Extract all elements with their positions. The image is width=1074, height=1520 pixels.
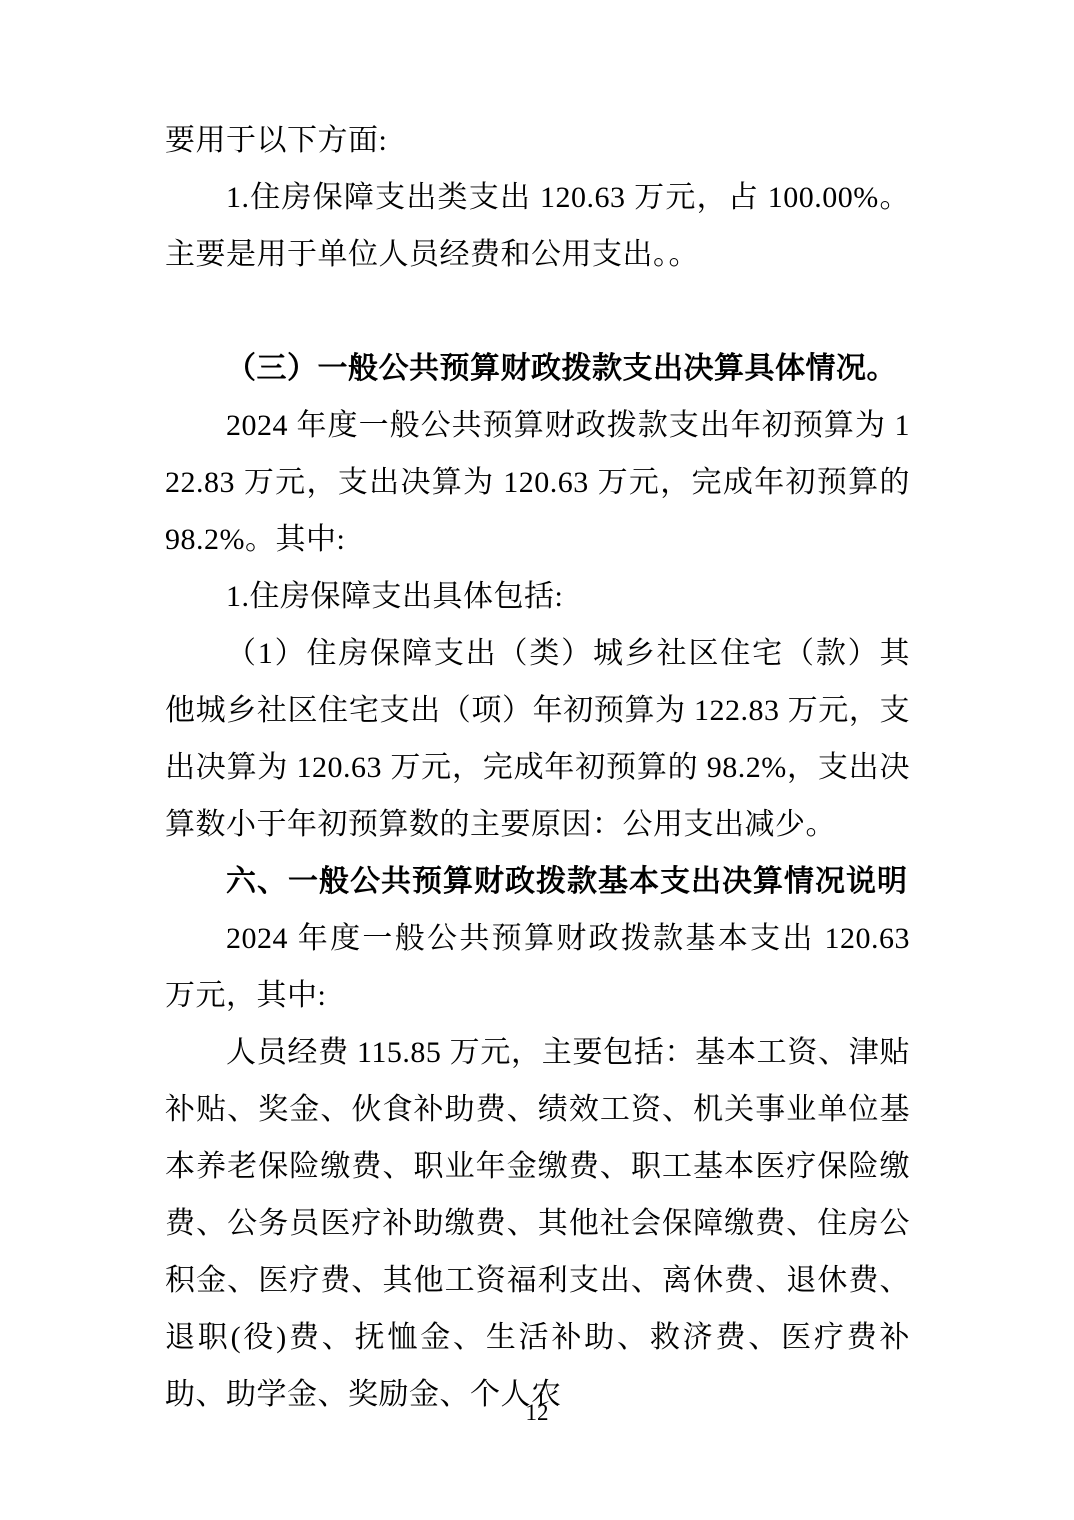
paragraph-continuation: 要用于以下方面:: [165, 112, 910, 169]
section-heading-three: （三）一般公共预算财政拨款支出决算具体情况。: [165, 340, 910, 397]
paragraph-budget-summary: 2024 年度一般公共预算财政拨款支出年初预算为 122.83 万元，支出决算为…: [165, 397, 910, 568]
page-number: 12: [0, 1398, 1074, 1428]
document-page: 要用于以下方面: 1.住房保障支出类支出 120.63 万元，占 100.00%…: [0, 0, 1074, 1520]
blank-line: [165, 283, 910, 340]
section-heading-six: 六、一般公共预算财政拨款基本支出决算情况说明: [165, 853, 910, 910]
paragraph-housing-includes: 1.住房保障支出具体包括:: [165, 568, 910, 625]
document-body: 要用于以下方面: 1.住房保障支出类支出 120.63 万元，占 100.00%…: [165, 112, 910, 1423]
paragraph-personnel-expense-detail: 人员经费 115.85 万元，主要包括：基本工资、津贴补贴、奖金、伙食补助费、绩…: [165, 1024, 910, 1423]
paragraph-housing-detail: （1）住房保障支出（类）城乡社区住宅（款）其他城乡社区住宅支出（项）年初预算为 …: [165, 625, 910, 853]
paragraph-basic-expense-summary: 2024 年度一般公共预算财政拨款基本支出 120.63 万元，其中:: [165, 910, 910, 1024]
paragraph-housing-expense-item: 1.住房保障支出类支出 120.63 万元，占 100.00%。主要是用于单位人…: [165, 169, 910, 283]
